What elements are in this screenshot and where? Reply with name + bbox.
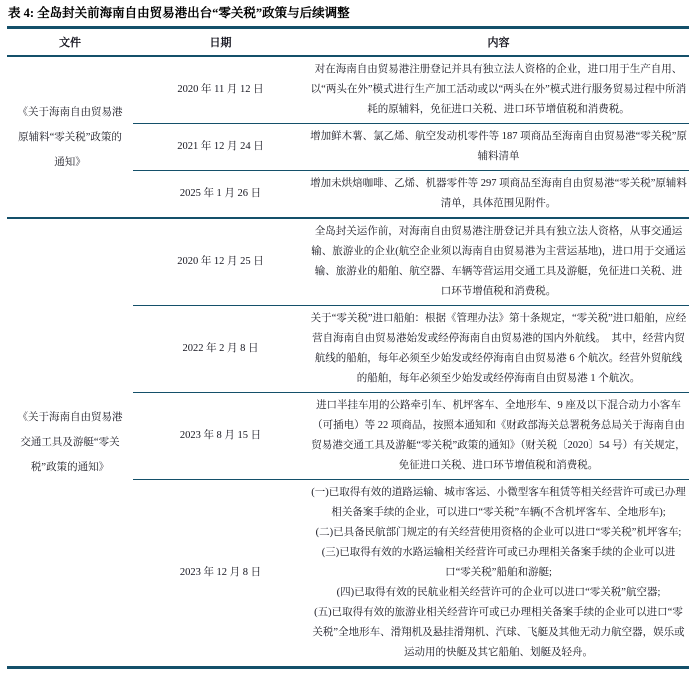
table-title: 表 4: 全岛封关前海南自由贸易港出台“零关税”政策与后续调整 xyxy=(8,4,689,22)
policy-content: 全岛封关运作前，对海南自由贸易港注册登记并具有独立法人资格，从事交通运输、旅游业… xyxy=(308,218,689,306)
document-name: 《关于海南自由贸易港交通工具及游艇“零关税”政策的通知》 xyxy=(7,218,133,668)
policy-table: 文件 日期 内容 《关于海南自由贸易港原辅料“零关税”政策的通知》 2020 年… xyxy=(7,26,689,669)
table-row: 《关于海南自由贸易港原辅料“零关税”政策的通知》 2020 年 11 月 12 … xyxy=(7,56,689,124)
column-header-file: 文件 xyxy=(7,28,133,57)
policy-date: 2022 年 2 月 8 日 xyxy=(133,306,308,393)
policy-date: 2021 年 12 月 24 日 xyxy=(133,124,308,171)
report-table-page: 表 4: 全岛封关前海南自由贸易港出台“零关税”政策与后续调整 文件 日期 内容… xyxy=(7,0,689,669)
policy-content: 关于“零关税”进口船舶：根据《管理办法》第十条规定，“零关税”进口船舶，应经营自… xyxy=(308,306,689,393)
column-header-date: 日期 xyxy=(133,28,308,57)
policy-date: 2023 年 8 月 15 日 xyxy=(133,393,308,480)
policy-date: 2025 年 1 月 26 日 xyxy=(133,171,308,219)
policy-content: 增加鲜木薯、氯乙烯、航空发动机零件等 187 项商品至海南自由贸易港“零关税”原… xyxy=(308,124,689,171)
policy-content: (一)已取得有效的道路运输、城市客运、小微型客车租赁等相关经营许可或已办理相关备… xyxy=(308,480,689,668)
policy-content: 增加未烘焙咖啡、乙烯、机器零件等 297 项商品至海南自由贸易港“零关税”原辅料… xyxy=(308,171,689,219)
policy-content: 对在海南自由贸易港注册登记并具有独立法人资格的企业，进口用于生产自用、以“两头在… xyxy=(308,56,689,124)
header-row: 文件 日期 内容 xyxy=(7,28,689,57)
policy-date: 2020 年 12 月 25 日 xyxy=(133,218,308,306)
table-row: 《关于海南自由贸易港交通工具及游艇“零关税”政策的通知》 2020 年 12 月… xyxy=(7,218,689,306)
policy-date: 2023 年 12 月 8 日 xyxy=(133,480,308,668)
policy-content: 进口半挂车用的公路牵引车、机坪客车、全地形车、9 座及以下混合动力小客车（可插电… xyxy=(308,393,689,480)
policy-date: 2020 年 11 月 12 日 xyxy=(133,56,308,124)
document-name: 《关于海南自由贸易港原辅料“零关税”政策的通知》 xyxy=(7,56,133,218)
column-header-content: 内容 xyxy=(308,28,689,57)
